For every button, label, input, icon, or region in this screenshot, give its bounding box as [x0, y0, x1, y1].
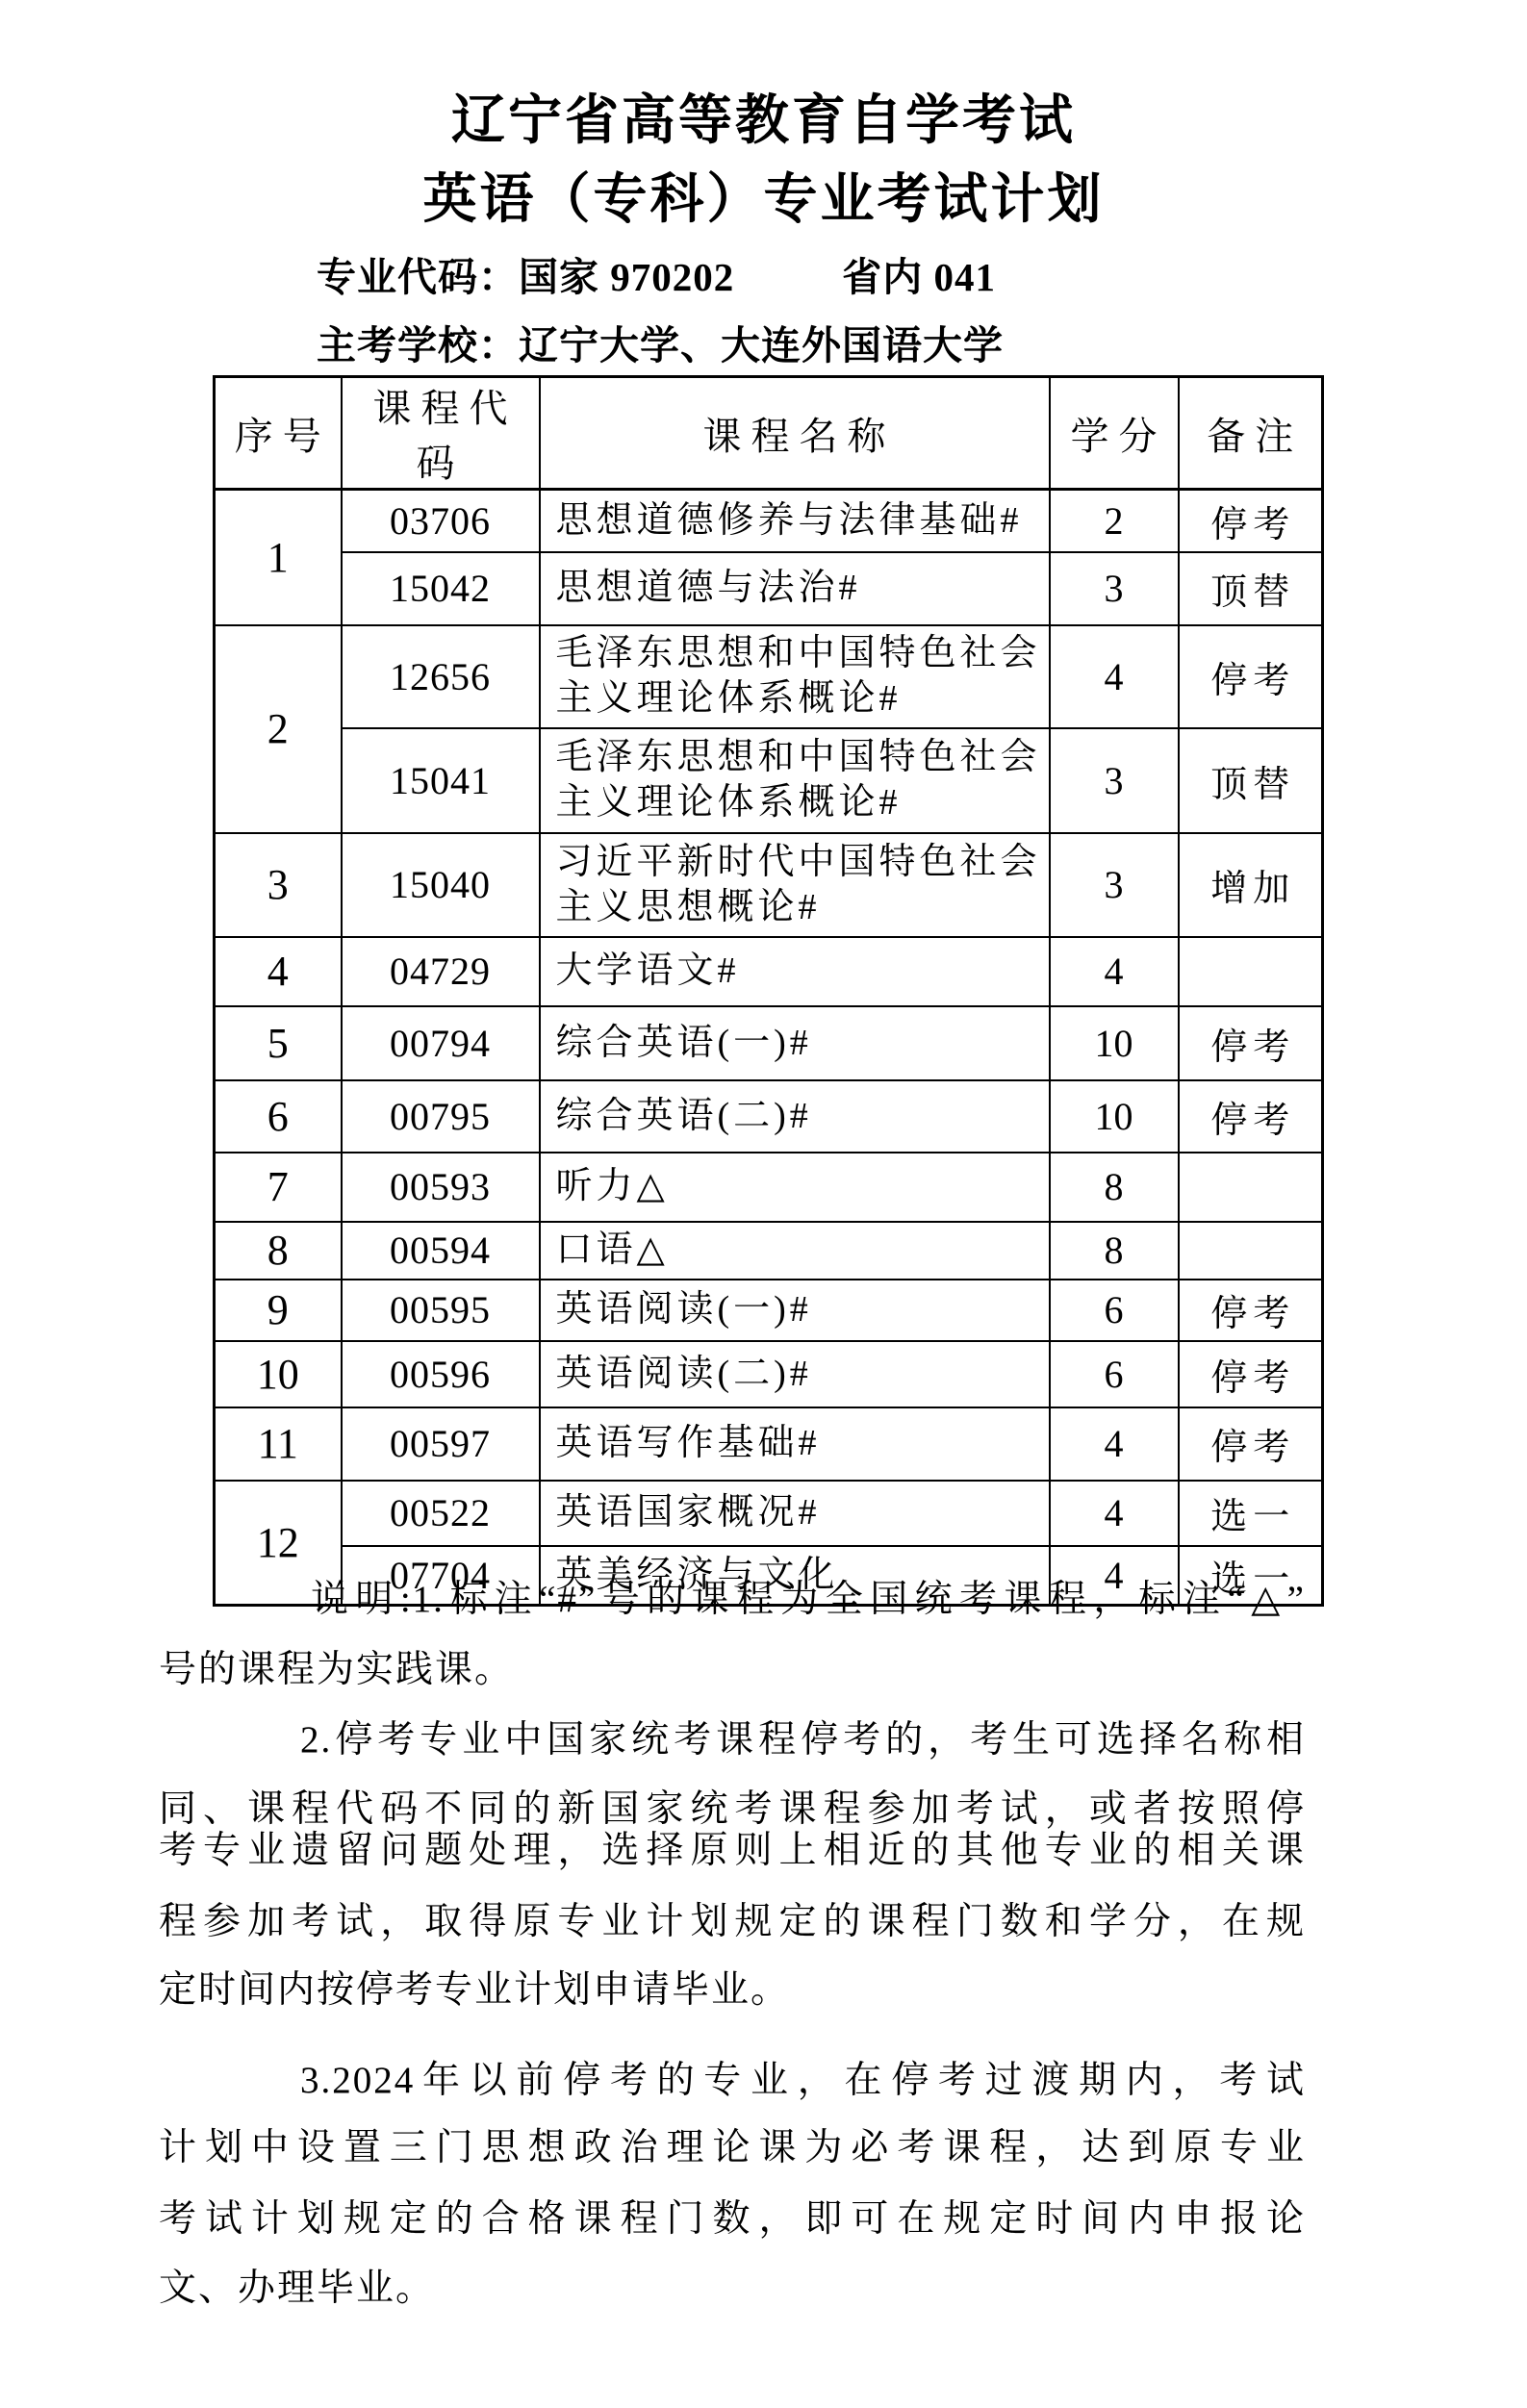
course-code-cell: 00597	[342, 1407, 540, 1481]
course-code-cell: 15040	[342, 833, 540, 937]
note-cell: 停考	[1179, 625, 1323, 728]
seq-cell: 5	[215, 1006, 342, 1080]
notes-section: 说明:1.标注“#”号的课程为全国统考课程，标注“△” 号的课程为实践课。 2.…	[159, 1568, 1306, 2367]
seq-cell: 4	[215, 937, 342, 1006]
course-name-cell: 思想道德修养与法律基础#	[540, 490, 1050, 552]
seq-cell: 8	[215, 1222, 342, 1280]
course-name-cell: 综合英语(二)#	[540, 1080, 1050, 1153]
course-name-cell: 口语△	[540, 1222, 1050, 1280]
table-row: 6 00795 综合英语(二)# 10 停考	[215, 1080, 1323, 1153]
note-line: 同、课程代码不同的新国家统考课程参加考试，或者按照停	[159, 1787, 1306, 1832]
header-code: 课程代码	[342, 377, 540, 490]
note-cell	[1179, 1222, 1323, 1280]
note-cell: 增加	[1179, 833, 1323, 937]
seq-cell: 3	[215, 833, 342, 937]
course-code-cell: 04729	[342, 937, 540, 1006]
header-name: 课程名称	[540, 377, 1050, 490]
table-row: 4 04729 大学语文# 4	[215, 937, 1323, 1006]
course-plan-table: 序号 课程代码 课程名称 学分 备注 1 03706 思想道德修养与法律基础# …	[213, 375, 1324, 1607]
note-line: 3.2024年以前停考的专业，在停考过渡期内，考试	[159, 2059, 1306, 2103]
seq-cell: 2	[215, 625, 342, 833]
credits-cell: 8	[1050, 1153, 1179, 1222]
course-name-cell: 英语阅读(二)#	[540, 1341, 1050, 1407]
document-title-line2: 英语（专科）专业考试计划	[0, 167, 1527, 231]
credits-cell: 10	[1050, 1080, 1179, 1153]
credits-cell: 8	[1050, 1222, 1179, 1280]
document-title-line1: 辽宁省高等教育自学考试	[0, 89, 1527, 152]
note-line: 计划中设置三门思想政治理论课为必考课程，达到原专业	[159, 2126, 1306, 2170]
seq-cell: 9	[215, 1280, 342, 1341]
course-name-cell: 毛泽东思想和中国特色社会主义理论体系概论#	[540, 728, 1050, 833]
course-code-cell: 00593	[342, 1153, 540, 1222]
credits-cell: 3	[1050, 833, 1179, 937]
course-name-cell: 习近平新时代中国特色社会主义思想概论#	[540, 833, 1050, 937]
credits-cell: 3	[1050, 552, 1179, 625]
credits-cell: 10	[1050, 1006, 1179, 1080]
course-code-cell: 15041	[342, 728, 540, 833]
note-cell: 选一	[1179, 1481, 1323, 1546]
course-code-cell: 00594	[342, 1222, 540, 1280]
major-code-national: 国家 970202	[519, 255, 734, 299]
course-name-cell: 毛泽东思想和中国特色社会主义理论体系概论#	[540, 625, 1050, 728]
course-name-cell: 大学语文#	[540, 937, 1050, 1006]
course-code-cell: 00596	[342, 1341, 540, 1407]
course-code-cell: 12656	[342, 625, 540, 728]
document-page: 辽宁省高等教育自学考试 英语（专科）专业考试计划 专业代码：国家 970202省…	[0, 0, 1527, 2408]
course-code-cell: 00522	[342, 1481, 540, 1546]
note-cell: 停考	[1179, 490, 1323, 552]
table-header-row: 序号 课程代码 课程名称 学分 备注	[215, 377, 1323, 490]
course-name-cell: 听力△	[540, 1153, 1050, 1222]
table-row: 10 00596 英语阅读(二)# 6 停考	[215, 1341, 1323, 1407]
table-row: 15042 思想道德与法治# 3 顶替	[215, 552, 1323, 625]
seq-cell: 6	[215, 1080, 342, 1153]
table-row: 9 00595 英语阅读(一)# 6 停考	[215, 1280, 1323, 1341]
course-code-cell: 15042	[342, 552, 540, 625]
note-cell	[1179, 1153, 1323, 1222]
course-name-cell: 思想道德与法治#	[540, 552, 1050, 625]
table-row: 1 03706 思想道德修养与法律基础# 2 停考	[215, 490, 1323, 552]
note-line: 号的课程为实践课。	[159, 1648, 1306, 1692]
seq-cell: 1	[215, 490, 342, 625]
seq-cell: 11	[215, 1407, 342, 1481]
note-cell: 停考	[1179, 1407, 1323, 1481]
note-line: 定时间内按停考专业计划申请毕业。	[159, 1968, 1306, 2013]
table-row: 2 12656 毛泽东思想和中国特色社会主义理论体系概论# 4 停考	[215, 625, 1323, 728]
header-credits: 学分	[1050, 377, 1179, 490]
seq-cell: 7	[215, 1153, 342, 1222]
credits-cell: 4	[1050, 1407, 1179, 1481]
note-line: 文、办理毕业。	[159, 2267, 1306, 2311]
course-code-cell: 00795	[342, 1080, 540, 1153]
course-code-cell: 00794	[342, 1006, 540, 1080]
course-name-cell: 英语阅读(一)#	[540, 1280, 1050, 1341]
table-row: 11 00597 英语写作基础# 4 停考	[215, 1407, 1323, 1481]
host-school-line: 主考学校：辽宁大学、大连外国语大学	[317, 321, 1004, 369]
note-line: 程参加考试，取得原专业计划规定的课程门数和学分，在规	[159, 1900, 1306, 1944]
note-cell	[1179, 937, 1323, 1006]
credits-cell: 3	[1050, 728, 1179, 833]
course-code-cell: 00595	[342, 1280, 540, 1341]
table-row: 5 00794 综合英语(一)# 10 停考	[215, 1006, 1323, 1080]
major-code-label: 专业代码：	[317, 255, 519, 299]
note-cell: 停考	[1179, 1080, 1323, 1153]
course-name-cell: 综合英语(一)#	[540, 1006, 1050, 1080]
note-cell: 停考	[1179, 1280, 1323, 1341]
credits-cell: 6	[1050, 1280, 1179, 1341]
note-cell: 停考	[1179, 1006, 1323, 1080]
course-code-cell: 03706	[342, 490, 540, 552]
table-row: 15041 毛泽东思想和中国特色社会主义理论体系概论# 3 顶替	[215, 728, 1323, 833]
major-code-line: 专业代码：国家 970202省内 041	[317, 253, 996, 301]
credits-cell: 2	[1050, 490, 1179, 552]
seq-cell: 10	[215, 1341, 342, 1407]
credits-cell: 4	[1050, 625, 1179, 728]
header-seq: 序号	[215, 377, 342, 490]
major-code-provincial: 省内 041	[842, 255, 996, 299]
header-note: 备注	[1179, 377, 1323, 490]
note-cell: 顶替	[1179, 552, 1323, 625]
table-row: 7 00593 听力△ 8	[215, 1153, 1323, 1222]
note-line: 2.停考专业中国家统考课程停考的，考生可选择名称相	[159, 1718, 1306, 1762]
note-cell: 停考	[1179, 1341, 1323, 1407]
host-school-names: 辽宁大学、大连外国语大学	[519, 323, 1004, 368]
note-cell: 顶替	[1179, 728, 1323, 833]
table-row: 12 00522 英语国家概况# 4 选一	[215, 1481, 1323, 1546]
credits-cell: 4	[1050, 937, 1179, 1006]
note-line: 考试计划规定的合格课程门数，即可在规定时间内申报论	[159, 2197, 1306, 2242]
host-school-label: 主考学校：	[317, 323, 519, 368]
course-name-cell: 英语国家概况#	[540, 1481, 1050, 1546]
note-line: 考专业遗留问题处理，选择原则上相近的其他专业的相关课	[159, 1829, 1306, 1873]
credits-cell: 4	[1050, 1481, 1179, 1546]
course-name-cell: 英语写作基础#	[540, 1407, 1050, 1481]
credits-cell: 6	[1050, 1341, 1179, 1407]
table-row: 3 15040 习近平新时代中国特色社会主义思想概论# 3 增加	[215, 833, 1323, 937]
note-line: 说明:1.标注“#”号的课程为全国统考课程，标注“△”	[159, 1578, 1306, 1622]
table-row: 8 00594 口语△ 8	[215, 1222, 1323, 1280]
